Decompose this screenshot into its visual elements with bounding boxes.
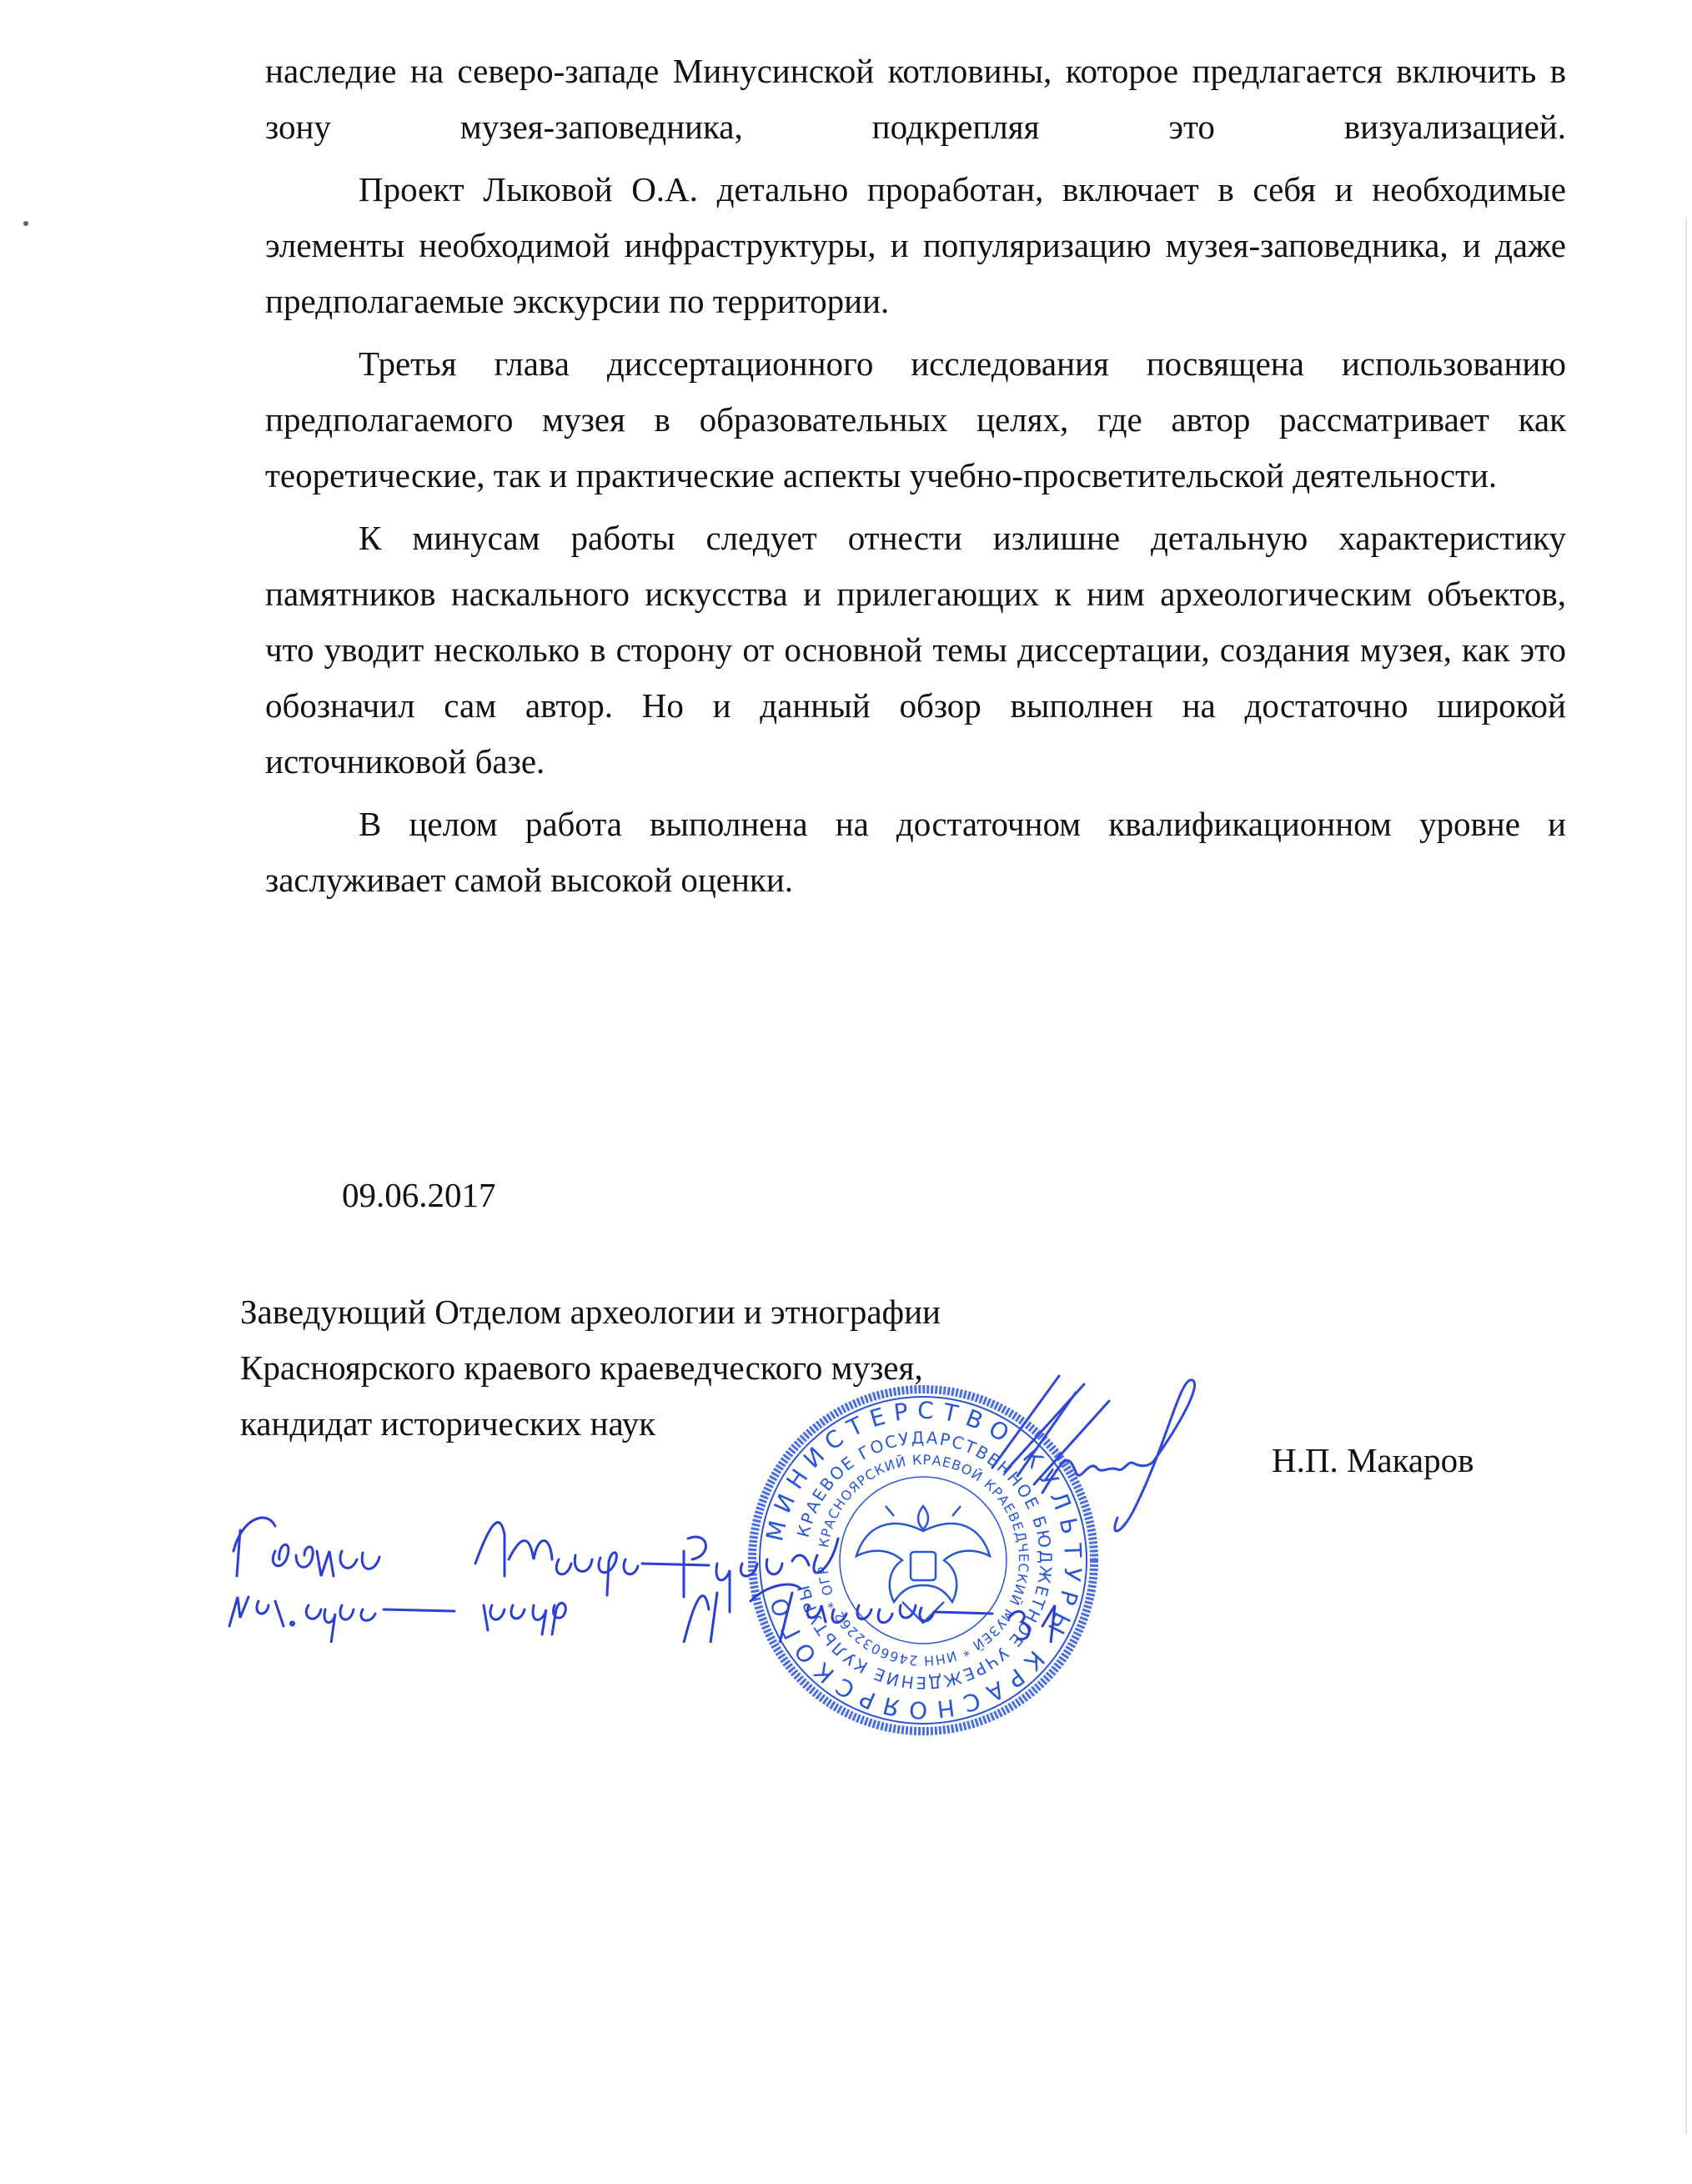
document-date: 09.06.2017 xyxy=(342,1174,496,1216)
scanned-page: наследие на северо-западе Минусинской ко… xyxy=(0,0,1692,2184)
handwritten-note-line-1: Подпись Макарова Н.П. удостоверяю xyxy=(217,1511,1301,1569)
paragraph-project: Проект Лыковой О.А. детально проработан,… xyxy=(265,162,1566,329)
position-line-1: Заведующий Отделом археологии и этнограф… xyxy=(240,1284,941,1340)
paragraph-conclusion: В целом работа выполнена на достаточном … xyxy=(265,796,1566,908)
handwritten-note-line-2: нач. отдела кадров Тарасова 3.21 xyxy=(217,1569,1301,1628)
paragraph-heritage: наследие на северо-западе Минусинской ко… xyxy=(265,43,1566,155)
paragraph-drawbacks: К минусам работы следует отнести излишне… xyxy=(265,510,1566,790)
paragraph-chapter-three: Третья глава диссертационного исследован… xyxy=(265,336,1566,504)
dust-speck xyxy=(23,221,28,226)
scan-edge-line xyxy=(1685,217,1687,2135)
review-body: наследие на северо-западе Минусинской ко… xyxy=(265,43,1566,915)
signer-name: Н.П. Макаров xyxy=(1272,1439,1474,1481)
